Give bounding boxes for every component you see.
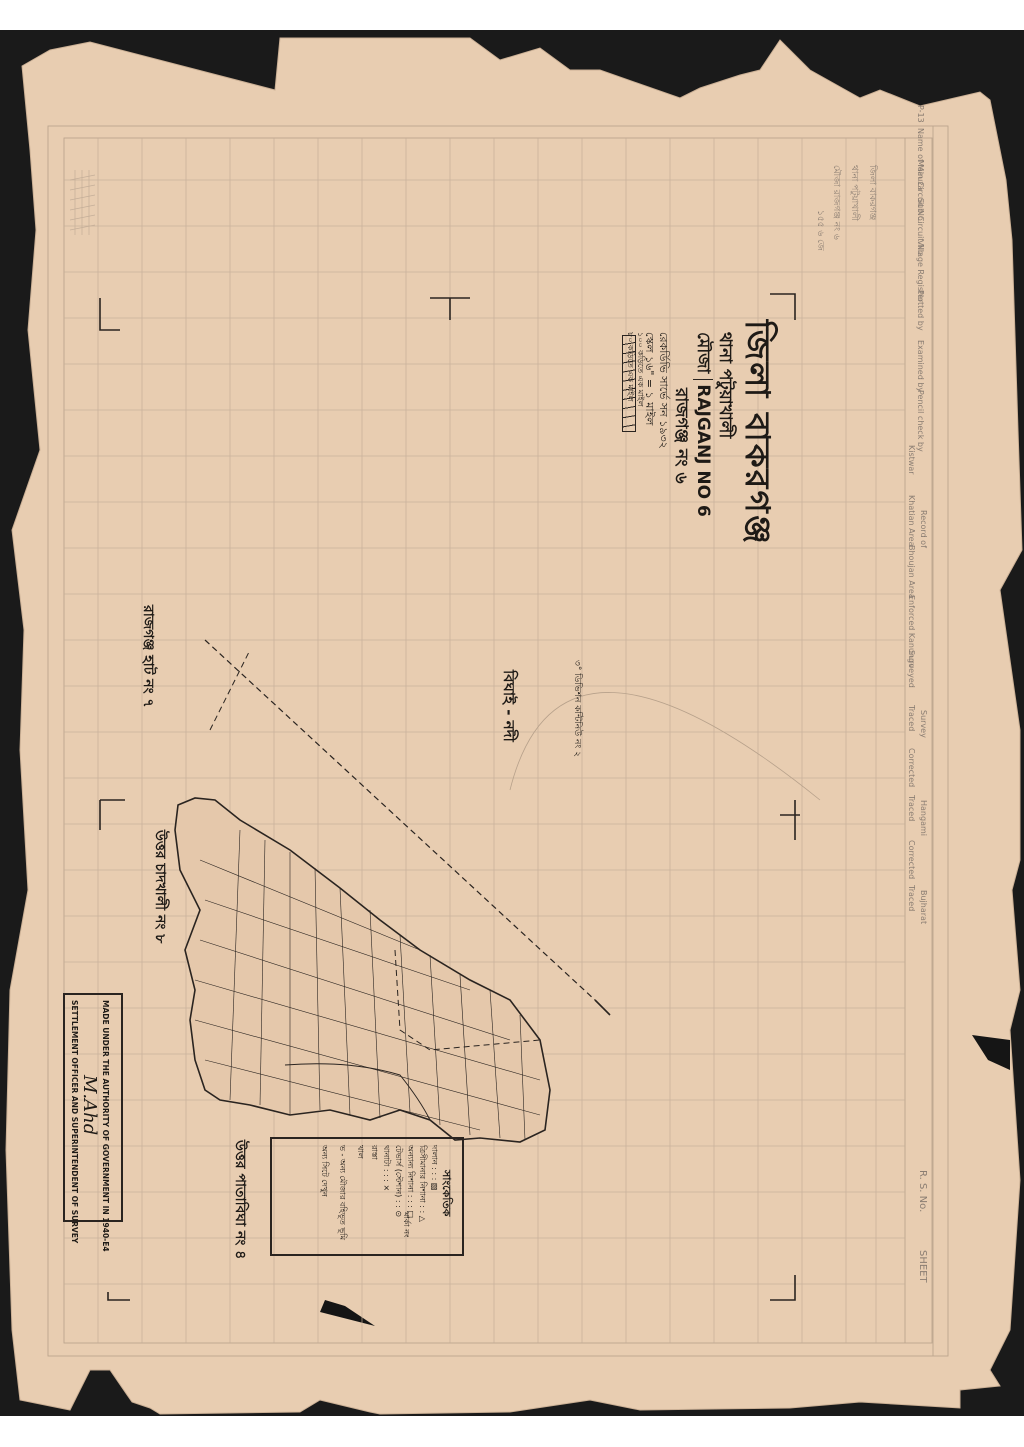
thana-value: পটুয়াখালী: [715, 369, 735, 438]
thana-label: থানা: [715, 332, 735, 363]
group-label: Bujharat: [919, 890, 928, 924]
sheet-label: SHEET: [917, 1250, 928, 1283]
table-header: Plotted by: [916, 290, 925, 331]
legend-column-header: মার্কা নং: [399, 1212, 412, 1237]
legend-item: থানাটা: [382, 1145, 391, 1166]
table-header: Traced: [907, 705, 916, 731]
group-label: Survey: [919, 710, 928, 738]
table-header: Surveyed: [907, 650, 916, 688]
page-code: P-13: [916, 105, 925, 123]
pencil-note: মৌজা রাজগঞ্জ নং ৬: [829, 165, 844, 240]
rs-number-label: R. S. No.: [917, 1170, 928, 1212]
mouza-name-en: RAJGANJ NO 6: [693, 379, 713, 517]
boundary-south-west: উত্তর চাদখালী নং ৮: [148, 830, 172, 943]
river-label: বিঘাই - নদী: [495, 670, 520, 742]
legend-item: টেভার্স (স্টেশান): [394, 1145, 403, 1197]
building-icon: ▧: [430, 1183, 439, 1191]
legend-item: ত্রিসীমানার নিশানা: [418, 1145, 427, 1203]
table-header: Pencil check by: [916, 390, 925, 452]
triangle-icon: △: [418, 1216, 427, 1222]
pencil-note: থানা পটুয়াখালী: [847, 165, 862, 221]
boundary-south: উত্তর পাতাবিঘা নং ৪: [228, 1140, 252, 1259]
legend-item: অন্য সিটে দেখুন: [317, 1145, 330, 1197]
table-header: Kistwar: [907, 445, 916, 475]
authority-line-1: MADE UNDER THE AUTHORITY OF GOVERNMENT I…: [101, 1000, 110, 1252]
scale-bar: [622, 335, 636, 432]
table-header: Corrected: [907, 748, 916, 787]
legend-item: ভ - অন্য মৌজার বহিভূত ভূমি: [335, 1145, 348, 1240]
pencil-note: ১৫৫ ৬ জে: [813, 210, 828, 251]
table-header: Khatian Area: [907, 495, 916, 547]
river-note: ৩° ডিভিশন কন্টিনিউ নং ২: [570, 660, 585, 757]
table-header: Bhoujan Area: [907, 545, 916, 599]
authority-line-2: SETTLEMENT OFFICER AND SUPERINTENDENT OF…: [70, 1000, 79, 1243]
table-header: Traced: [907, 795, 916, 821]
signature: M.Ahd: [79, 1075, 100, 1135]
group-label: Record of: [919, 510, 928, 548]
pencil-note: জিলা বাকরগঞ্জ: [865, 165, 880, 220]
table-header: Traced: [907, 885, 916, 911]
legend-item: দালান: [430, 1145, 439, 1165]
legend-item: রাস্তা: [367, 1145, 380, 1160]
legend-item: খাল: [353, 1145, 366, 1159]
table-header: Corrected: [907, 840, 916, 879]
boundary-west: রাজগঞ্জ হাট নং ৭: [136, 605, 160, 708]
group-label: Hangami: [919, 800, 928, 836]
cross-icon: ×: [382, 1185, 391, 1192]
table-header: Examined by: [916, 340, 925, 392]
legend-item: অন্যান্য নিশানা: [406, 1145, 415, 1192]
mouza-label: মৌজা: [693, 332, 713, 373]
